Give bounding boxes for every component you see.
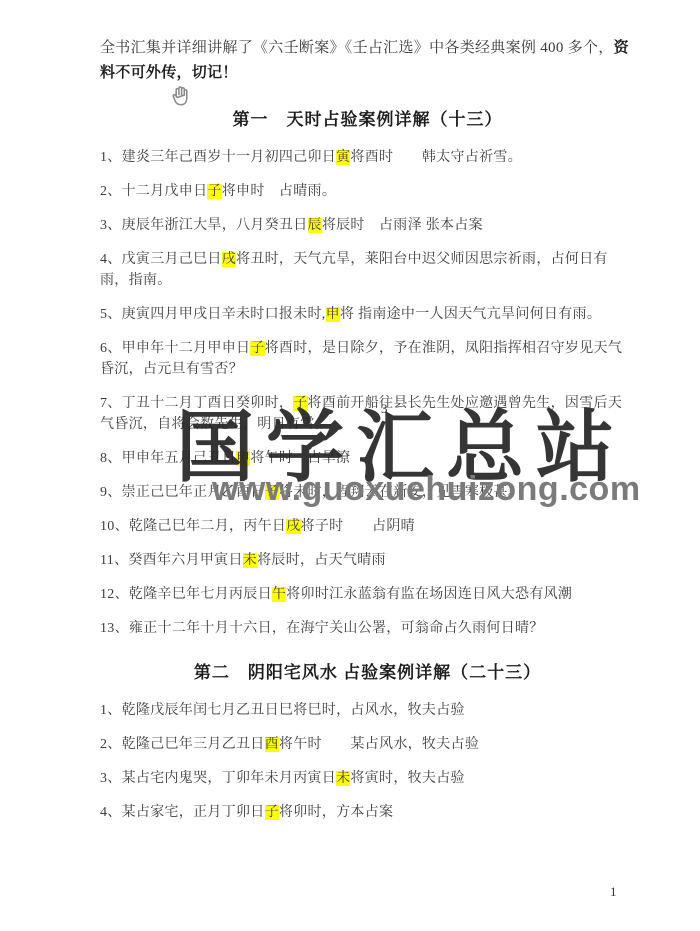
case-text: 将寅时，牧夫占验 xyxy=(350,771,464,786)
highlighted-char: 未 xyxy=(243,553,257,568)
case-text: 将辰时 占雨泽 张本占案 xyxy=(322,218,483,233)
case-text: 10、乾隆己巳年二月，丙午日 xyxy=(100,519,286,534)
case-text: 6、甲申年十二月甲申日 xyxy=(100,341,250,356)
case-text: 3、庚辰年浙江大旱，八月癸丑日 xyxy=(100,218,308,233)
case-list: 1、乾隆戊辰年闰七月乙丑日巳将巳时，占风水，牧夫占验2、乾隆己巳年三月乙丑日酉将… xyxy=(100,700,635,823)
page-number: 1 xyxy=(610,884,617,900)
case-text: 将午时 某占风水，牧夫占验 xyxy=(279,737,479,752)
case-item: 11、癸酉年六月甲寅日未将辰时，占天气晴雨 xyxy=(100,550,635,571)
case-text: 3、某占宅内鬼哭，丁卯年未月丙寅日 xyxy=(100,771,336,786)
section-title: 第二 阴阳宅风水 占验案例详解（二十三） xyxy=(100,661,635,684)
highlighted-char: 子 xyxy=(207,184,221,199)
case-item: 1、乾隆戊辰年闰七月乙丑日巳将巳时，占风水，牧夫占验 xyxy=(100,700,635,721)
case-text: 2、十二月戊申日 xyxy=(100,184,207,199)
case-item: 10、乾隆己巳年二月，丙午日戌将子时 占阴晴 xyxy=(100,516,635,537)
highlighted-char: 戌 xyxy=(222,252,236,267)
case-text: 将 指南途中一人因天气亢旱问何日有雨。 xyxy=(340,307,601,322)
case-text: 将卯时，方本占案 xyxy=(279,805,393,820)
highlighted-char: 子 xyxy=(265,805,279,820)
case-text: 将卯时江永蓝翁有监在场因连日风大恐有风潮 xyxy=(286,587,572,602)
highlighted-char: 寅 xyxy=(336,150,350,165)
watermark-url: www.guoxuehuizong.com xyxy=(212,472,641,506)
grab-hand-cursor-icon xyxy=(168,83,195,110)
case-text: 1、乾隆戊辰年闰七月乙丑日巳将巳时，占风水，牧夫占验 xyxy=(100,703,465,718)
case-item: 3、庚辰年浙江大旱，八月癸丑日辰将辰时 占雨泽 张本占案 xyxy=(100,215,635,236)
case-text: 将子时 占阴晴 xyxy=(301,519,415,534)
case-text: 4、某占家宅，正月丁卯日 xyxy=(100,805,265,820)
case-item: 2、乾隆己巳年三月乙丑日酉将午时 某占风水，牧夫占验 xyxy=(100,734,635,755)
case-item: 1、建炎三年己酉岁十一月初四己卯日寅将酉时 韩太守占祈雪。 xyxy=(100,147,635,168)
highlighted-char: 申 xyxy=(326,307,340,322)
highlighted-char: 午 xyxy=(272,587,286,602)
case-item: 13、雍正十二年十月十六日，在海宁关山公署，可翁命占久雨何日晴？ xyxy=(100,618,635,639)
case-item: 4、戊寅三月己巳日戌将丑时，天气亢旱，莱阳台中迟父师因思宗祈雨，占何日有雨，指南… xyxy=(100,249,635,291)
case-text: 1、建炎三年己酉岁十一月初四己卯日 xyxy=(100,150,336,165)
case-item: 12、乾隆辛巳年七月丙辰日午将卯时江永蓝翁有监在场因连日风大恐有风潮 xyxy=(100,584,635,605)
case-text: 12、乾隆辛巳年七月丙辰日 xyxy=(100,587,272,602)
case-item: 2、十二月戊申日子将申时 占晴雨。 xyxy=(100,181,635,202)
case-item: 4、某占家宅，正月丁卯日子将卯时，方本占案 xyxy=(100,802,635,823)
case-list: 1、建炎三年己酉岁十一月初四己卯日寅将酉时 韩太守占祈雪。2、十二月戊申日子将申… xyxy=(100,147,635,639)
highlighted-char: 未 xyxy=(336,771,350,786)
case-item: 6、甲申年十二月甲申日子将酉时，是日除夕，予在淮阴，凤阳指挥相召守岁见天气昏沉，… xyxy=(100,338,635,380)
highlighted-char: 辰 xyxy=(308,218,322,233)
case-text: 将申时 占晴雨。 xyxy=(222,184,336,199)
case-text: 2、乾隆己巳年三月乙丑日 xyxy=(100,737,265,752)
case-text: 5、庚寅四月甲戌日辛未时口报未时, xyxy=(100,307,326,322)
highlighted-char: 戌 xyxy=(286,519,300,534)
case-text: 4、戊寅三月己巳日 xyxy=(100,252,222,267)
section-title: 第一 天时占验案例详解（十三） xyxy=(100,108,635,131)
highlighted-char: 子 xyxy=(250,341,264,356)
case-text: 13、雍正十二年十月十六日，在海宁关山公署，可翁命占久雨何日晴？ xyxy=(100,621,544,636)
case-item: 5、庚寅四月甲戌日辛未时口报未时,申将 指南途中一人因天气亢旱问何日有雨。 xyxy=(100,304,635,325)
intro-text: 全书汇集并详细讲解了《六壬断案》《壬占汇选》中各类经典案例 400 多个， xyxy=(100,40,614,56)
case-text: 将辰时，占天气晴雨 xyxy=(257,553,386,568)
document-page[interactable]: 全书汇集并详细讲解了《六壬断案》《壬占汇选》中各类经典案例 400 多个，资料不… xyxy=(0,0,700,931)
highlighted-char: 酉 xyxy=(265,737,279,752)
intro-paragraph: 全书汇集并详细讲解了《六壬断案》《壬占汇选》中各类经典案例 400 多个，资料不… xyxy=(100,36,635,86)
case-text: 11、癸酉年六月甲寅日 xyxy=(100,553,243,568)
case-text: 将酉时 韩太守占祈雪。 xyxy=(350,150,522,165)
case-item: 3、某占宅内鬼哭，丁卯年未月丙寅日未将寅时，牧夫占验 xyxy=(100,768,635,789)
